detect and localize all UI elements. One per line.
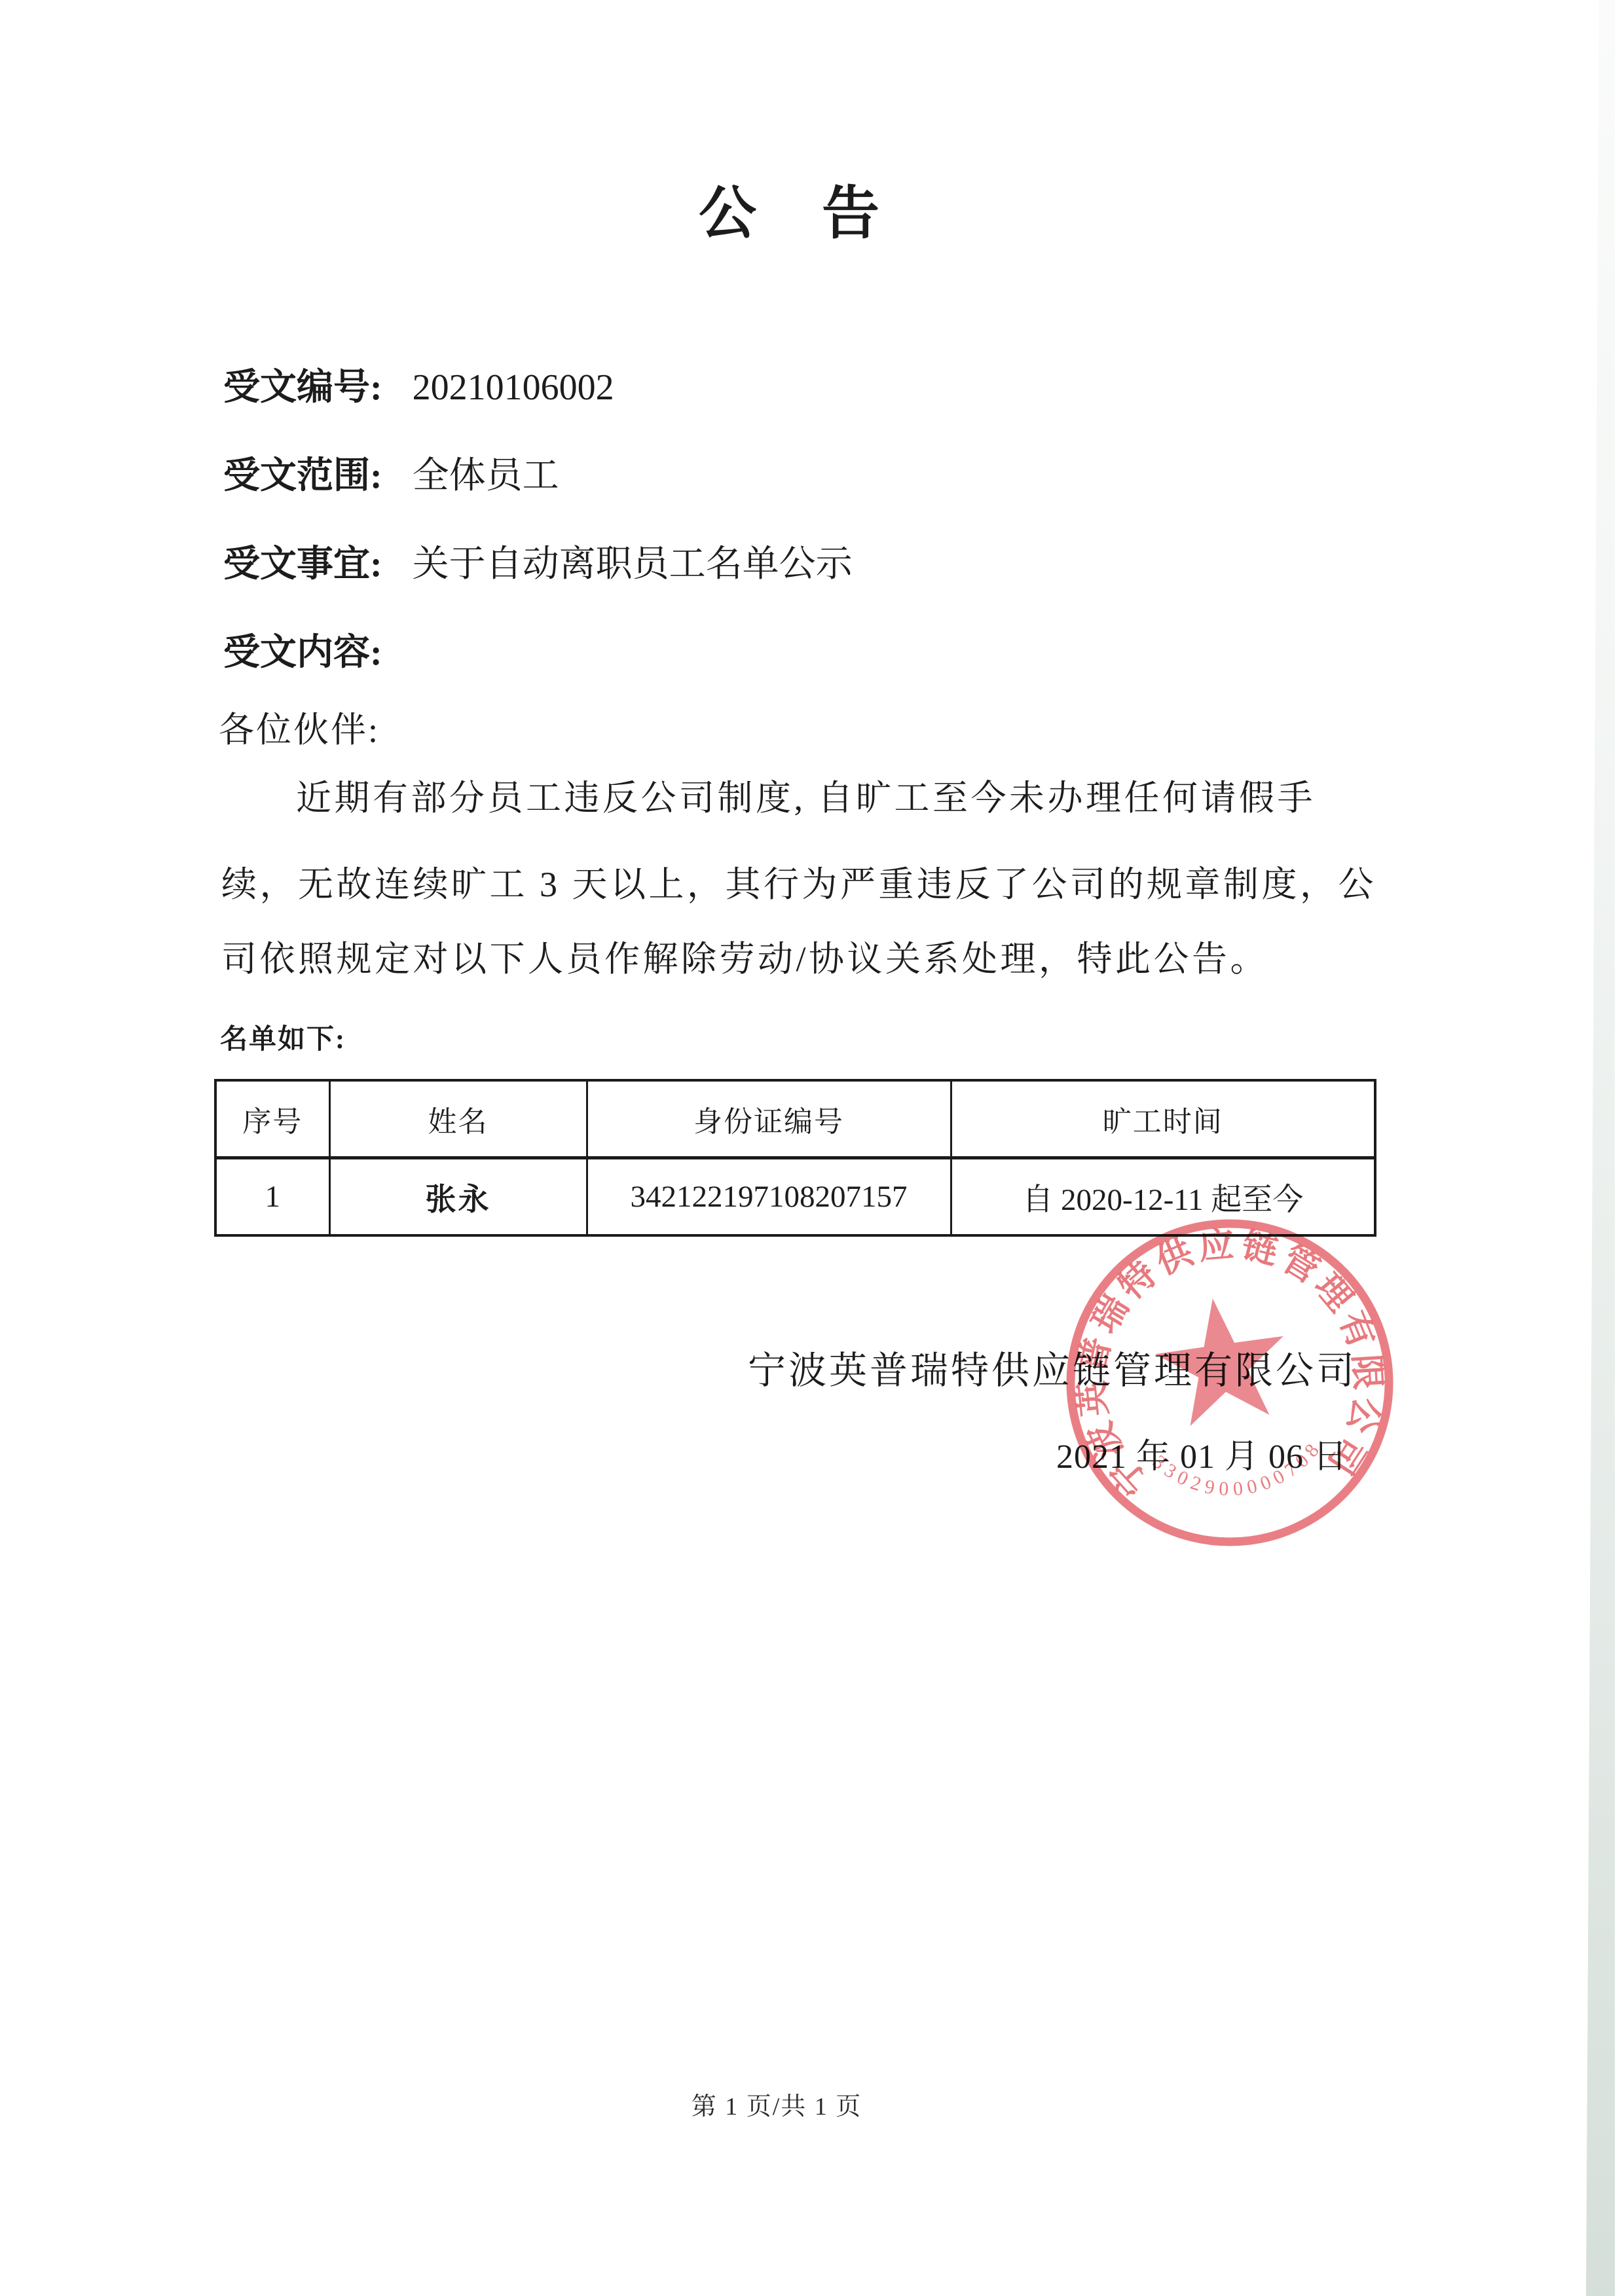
field-label: 受文编号: <box>223 367 382 408</box>
seal-serial: 3302900000708 <box>1147 1428 1332 1512</box>
col-header-serial: 序号 <box>215 1080 329 1158</box>
page-number-indicator: 第 1 页/共 1 页 <box>0 2086 1589 2122</box>
field-label: 受文范围: <box>223 456 382 496</box>
col-header-name: 姓名 <box>329 1080 587 1158</box>
col-header-absence-period: 旷工时间 <box>951 1080 1375 1158</box>
field-row-scope: 受文范围:全体员工 <box>223 452 559 500</box>
field-row-subject: 受文事宜:关于自动离职员工名单公示 <box>223 541 853 588</box>
cell-serial: 1 <box>215 1158 329 1236</box>
page-title: 公 告 <box>0 168 1603 250</box>
salutation: 各位伙伴: <box>219 702 380 752</box>
list-intro: 名单如下: <box>220 1017 346 1057</box>
seal-serial-node: 3302900000708 <box>1147 1428 1332 1512</box>
scan-artifact-strip <box>1586 0 1615 2296</box>
company-seal-stamp: 宁波英普瑞特供应链管理有限公司 3302900000708 <box>1023 1176 1437 1590</box>
body-paragraph-line: 续，无故连续旷工 3 天以上，其行为严重违反了公司的规章制度，公 <box>221 863 1376 906</box>
field-value: 20210106002 <box>413 367 614 408</box>
table-header-row: 序号 姓名 身份证编号 旷工时间 <box>215 1080 1375 1158</box>
body-paragraph-line: 近期有部分员工违反公司制度, 自旷工至今未办理任何请假手 <box>296 776 1316 820</box>
seal-star-icon <box>1149 1290 1294 1430</box>
field-label: 受文内容: <box>223 632 382 673</box>
field-value: 关于自动离职员工名单公示 <box>413 544 853 585</box>
field-value: 全体员工 <box>413 456 559 496</box>
field-row-content: 受文内容: <box>223 629 413 676</box>
announcement-document-page: 公 告 受文编号:20210106002 受文范围:全体员工 受文事宜:关于自动… <box>0 0 1624 2296</box>
field-row-doc-number: 受文编号:20210106002 <box>223 364 614 411</box>
cell-name: 张永 <box>329 1158 587 1236</box>
col-header-id-number: 身份证编号 <box>587 1080 951 1158</box>
field-label: 受文事宜: <box>223 544 382 585</box>
cell-id-number: 342122197108207157 <box>587 1158 951 1236</box>
body-paragraph-line: 司依照规定对以下人员作解除劳动/协议关系处理，特此公告。 <box>221 938 1268 981</box>
